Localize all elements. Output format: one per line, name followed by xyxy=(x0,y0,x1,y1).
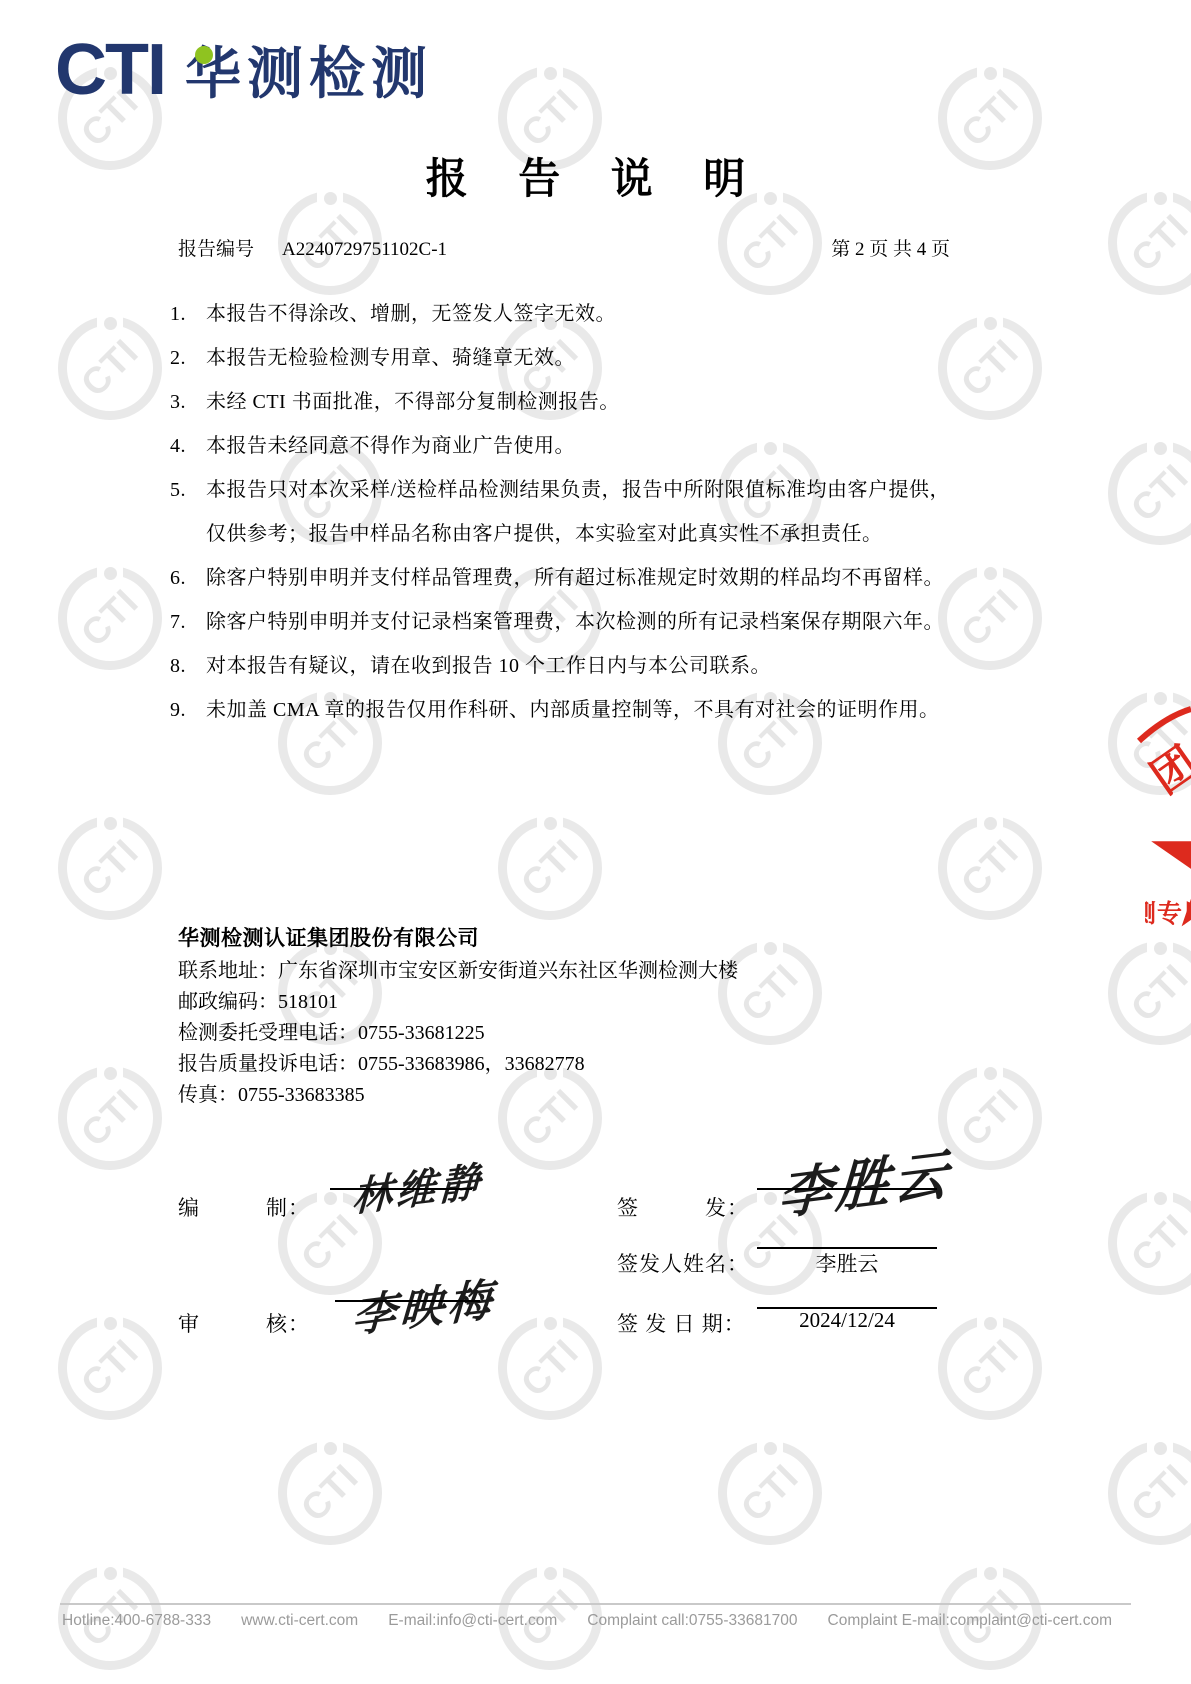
footer-contacts: Hotline:400-6788-333www.cti-cert.comE-ma… xyxy=(62,1612,1182,1630)
prepare-label: 编 制： xyxy=(178,1192,310,1222)
footer-item: Hotline:400-6788-333 xyxy=(62,1612,211,1630)
prepare-signature-line xyxy=(330,1188,472,1190)
review-signature-line xyxy=(335,1300,480,1302)
review-signature: 李映梅 xyxy=(351,1263,497,1345)
issuer-name-value: 李胜云 xyxy=(757,1248,937,1278)
footer-item: www.cti-cert.com xyxy=(241,1612,358,1630)
footer-item: Complaint E-mail:complaint@cti-cert.com xyxy=(828,1612,1112,1630)
issue-date-value: 2024/12/24 xyxy=(757,1308,937,1333)
prepare-signature: 林维静 xyxy=(351,1150,485,1224)
issuer-name-label: 签发人姓名： xyxy=(617,1248,749,1278)
report-page: CTICTICTICTICTICTICTICTICTICTICTICTICTIC… xyxy=(0,0,1191,1684)
footer-item: E-mail:info@cti-cert.com xyxy=(388,1612,557,1630)
review-label: 审 核： xyxy=(178,1308,310,1338)
issue-signature: 李胜云 xyxy=(777,1131,954,1230)
footer-item: Complaint call:0755-33681700 xyxy=(587,1612,797,1630)
footer-divider xyxy=(60,1603,1131,1605)
issue-signature-line xyxy=(757,1188,937,1190)
issuer-name-line xyxy=(757,1247,937,1249)
signoff-section: 编 制： 林维静 签 发： 李胜云 签发人姓名： 李胜云 审 核： 李映梅 签 … xyxy=(0,0,1191,1684)
issue-date-line xyxy=(757,1307,937,1309)
issue-date-label: 签 发 日 期： xyxy=(617,1308,746,1338)
issue-label: 签 发： xyxy=(617,1192,749,1222)
